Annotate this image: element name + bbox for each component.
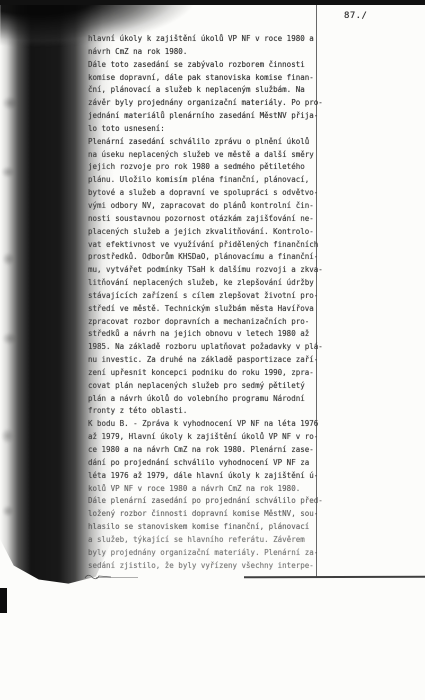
text-line: zpracovat rozbor dopravních a mechanizač…: [88, 316, 368, 329]
text-line: Dále plenární zasedání po projednání sch…: [88, 495, 368, 508]
text-line: jejich rozvoje pro rok 1980 a sedmého pě…: [88, 161, 368, 174]
text-line: lo toto usnesení:: [88, 123, 368, 136]
text-line: prostředků. Odborům KHSDaO, plánovacímu …: [88, 251, 368, 264]
text-line: jednání materiálů plenárního zasedání Mě…: [88, 110, 368, 123]
text-line: nu investic. Za druhé na základě pasport…: [88, 354, 368, 367]
text-line: Dále toto zasedání se zabývalo rozborem …: [88, 59, 368, 72]
text-line: ce 1980 a na návrh CmZ na rok 1980. Plen…: [88, 444, 368, 457]
text-line: byly projednány organizační materiály. P…: [88, 547, 368, 560]
text-line: vými odbory NV, zapracovat do plánů kont…: [88, 200, 368, 213]
text-line: fronty z této oblasti.: [88, 405, 368, 418]
text-line: covat plán neplacených služeb pro sedmý …: [88, 380, 368, 393]
text-line: Plenární zasedání schválilo zprávu o pln…: [88, 136, 368, 149]
text-line: léta 1976 až 1979, dále hlavní úkoly k z…: [88, 470, 368, 483]
text-line: sedání zjistilo, že byly vyřízeny všechn…: [88, 560, 368, 573]
text-line: na úseku neplacených služeb ve městě a d…: [88, 149, 368, 162]
binding-shadow: [0, 0, 114, 586]
text-line: K bodu B. - Zpráva k vyhodnocení VP NF n…: [88, 418, 368, 431]
page-bottom-edge-line: [244, 576, 425, 578]
text-line: bytové a služeb a dopravní ve spolupráci…: [88, 187, 368, 200]
scan-top-edge-bar: [0, 0, 425, 5]
text-line: a služeb, týkající se hlavního referátu.…: [88, 534, 368, 547]
text-line: plánu. Uložilo komisím pléna finanční, p…: [88, 174, 368, 187]
text-line: vat efektivnost ve využívání přidělených…: [88, 239, 368, 252]
text-line: ční, plánovací a služeb k neplaceným slu…: [88, 84, 368, 97]
text-line: až 1979, Hlavní úkoly k zajištění úkolů …: [88, 431, 368, 444]
text-line: litňování neplacených služeb, ke zlepšov…: [88, 277, 368, 290]
text-line: středků a návrh na jejich obnovu v letec…: [88, 328, 368, 341]
text-line: středí ve městě. Technickým službám měst…: [88, 303, 368, 316]
text-line: plán a návrh úkolů do volebního programu…: [88, 393, 368, 406]
left-margin-ink-mark: [0, 588, 7, 613]
page-number: 87./: [344, 11, 367, 21]
text-line: placených služeb a jejich zkvalitňování.…: [88, 226, 368, 239]
text-lines: hlavní úkoly k zajištění úkolů VP NF v r…: [88, 33, 368, 572]
binding-shadow-top-curl: [0, 0, 262, 50]
text-line: dání po projednání schválilo vyhodnocení…: [88, 457, 368, 470]
text-line: hlasilo se stanoviskem komise finanční, …: [88, 521, 368, 534]
text-line: stávajících zařízení s cílem zlepšovat ž…: [88, 290, 368, 303]
text-line: zení upřesnit koncepci podniku do roku 1…: [88, 367, 368, 380]
text-line: kolů VP NF v roce 1980 a návrh CmZ na ro…: [88, 483, 368, 496]
text-line: ložený rozbor činnosti dopravní komise M…: [88, 508, 368, 521]
scanned-document-page: 87./ hlavní úkoly k zajištění úkolů VP N…: [0, 0, 425, 700]
text-line: komise dopravní, dále pak stanoviska kom…: [88, 72, 368, 85]
text-line: 1985. Na základě rozboru uplatňovat poža…: [88, 341, 368, 354]
text-line: mu, vytvářet podmínky TSaH k dalšímu roz…: [88, 264, 368, 277]
text-line: závěr byly projednány organizační materi…: [88, 97, 368, 110]
text-line: nosti soustavnou pozornost otázkám zajiš…: [88, 213, 368, 226]
